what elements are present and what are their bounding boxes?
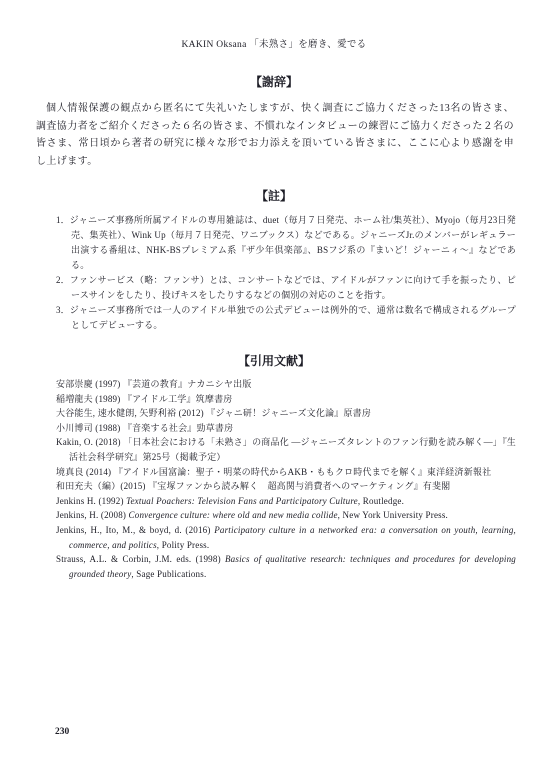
reference-title-italic: Textual Poachers: Television Fans and Pa… <box>126 496 358 506</box>
note-item-2: 2．ファンサービス（略：ファンサ）とは、コンサートなどでは、アイドルがファンに向… <box>56 273 516 303</box>
reference-entry: 境真良 (2014) 『アイドル国富論：聖子・明菜の時代からAKB・ももクロ時代… <box>56 465 516 480</box>
section-title-notes: 【註】 <box>30 187 518 204</box>
section-title-references: 【引用文献】 <box>30 352 518 369</box>
section-title-acknowledgment: 【謝辞】 <box>30 73 518 90</box>
page-number: 230 <box>55 727 69 737</box>
reference-entry: 小川博司 (1988) 『音楽する社会』勁草書房 <box>56 421 516 436</box>
reference-text: Jenkins H. (1992) <box>56 496 126 506</box>
reference-entry: 安部崇慶 (1997) 『芸道の教育』ナカニシヤ出版 <box>56 377 516 392</box>
reference-text: 稲増龍夫 (1989) 『アイドル工学』筑摩書房 <box>56 394 233 404</box>
reference-entry: 大谷能生, 速水健朗, 矢野利裕 (2012) 『ジャニ研！ジャニーズ文化論』原… <box>56 406 516 421</box>
reference-text: , Polity Press. <box>157 540 210 550</box>
reference-entry: Jenkins, H., Ito, M., & boyd, d. (2016) … <box>56 523 516 552</box>
reference-text: 和田充夫（編）(2015) 『宝塚ファンから読み解く 超高関与消費者へのマーケテ… <box>56 481 450 491</box>
note-item-1: 1．ジャニーズ事務所所属アイドルの専用雑誌は、duet（毎月７日発売、ホーム社/… <box>56 213 516 273</box>
note-text: ジャニーズ事務所では一人のアイドル単独での公式デビューは例外的で、通常は数名で構… <box>70 305 516 330</box>
acknowledgment-paragraph: 個人情報保護の観点から匿名にて失礼いたしますが、快く調査にご協力くださった13名… <box>36 100 514 170</box>
reference-text: 小川博司 (1988) 『音楽する社会』勁草書房 <box>56 423 233 433</box>
reference-text: Jenkins, H., Ito, M., & boyd, d. (2016) <box>56 525 214 535</box>
note-number: 2． <box>56 275 70 285</box>
running-head: KAKIN Oksana 「未熟さ」を磨き、愛でる <box>30 36 518 50</box>
reference-text: , Routledge. <box>358 496 404 506</box>
reference-entry: Strauss, A.L. & Corbin, J.M. eds. (1998)… <box>56 552 516 581</box>
reference-text: 安部崇慶 (1997) 『芸道の教育』ナカニシヤ出版 <box>56 379 252 389</box>
reference-text: 大谷能生, 速水健朗, 矢野利裕 (2012) 『ジャニ研！ジャニーズ文化論』原… <box>56 408 371 418</box>
reference-text: Strauss, A.L. & Corbin, J.M. eds. (1998) <box>56 554 225 564</box>
note-item-3: 3．ジャニーズ事務所では一人のアイドル単独での公式デビューは例外的で、通常は数名… <box>56 303 516 333</box>
reference-entry: 稲増龍夫 (1989) 『アイドル工学』筑摩書房 <box>56 392 516 407</box>
note-text: ファンサービス（略：ファンサ）とは、コンサートなどでは、アイドルがファンに向けて… <box>70 275 516 300</box>
document-page: KAKIN Oksana 「未熟さ」を磨き、愛でる 【謝辞】 個人情報保護の観点… <box>0 0 548 777</box>
note-text: ジャニーズ事務所所属アイドルの専用雑誌は、duet（毎月７日発売、ホーム社/集英… <box>70 215 516 270</box>
reference-text: 境真良 (2014) 『アイドル国富論：聖子・明菜の時代からAKB・ももクロ時代… <box>56 467 491 477</box>
note-number: 1． <box>56 215 70 225</box>
references-list: 安部崇慶 (1997) 『芸道の教育』ナカニシヤ出版 稲増龍夫 (1989) 『… <box>56 377 518 581</box>
reference-title-italic: Convergence culture: where old and new m… <box>129 510 338 520</box>
reference-text: Kakin, O. (2018) 「日本社会における「未熟さ」の商品化 ―ジャニ… <box>56 437 516 462</box>
reference-entry: 和田充夫（編）(2015) 『宝塚ファンから読み解く 超高関与消費者へのマーケテ… <box>56 479 516 494</box>
reference-entry: Kakin, O. (2018) 「日本社会における「未熟さ」の商品化 ―ジャニ… <box>56 435 516 464</box>
reference-entry: Jenkins H. (1992) Textual Poachers: Tele… <box>56 494 516 509</box>
reference-text: Jenkins, H. (2008) <box>56 510 129 520</box>
note-number: 3． <box>56 305 70 315</box>
reference-entry: Jenkins, H. (2008) Convergence culture: … <box>56 508 516 523</box>
reference-text: , Sage Publications. <box>131 569 206 579</box>
notes-list: 1．ジャニーズ事務所所属アイドルの専用雑誌は、duet（毎月７日発売、ホーム社/… <box>56 213 518 333</box>
reference-text: , New York University Press. <box>338 510 448 520</box>
